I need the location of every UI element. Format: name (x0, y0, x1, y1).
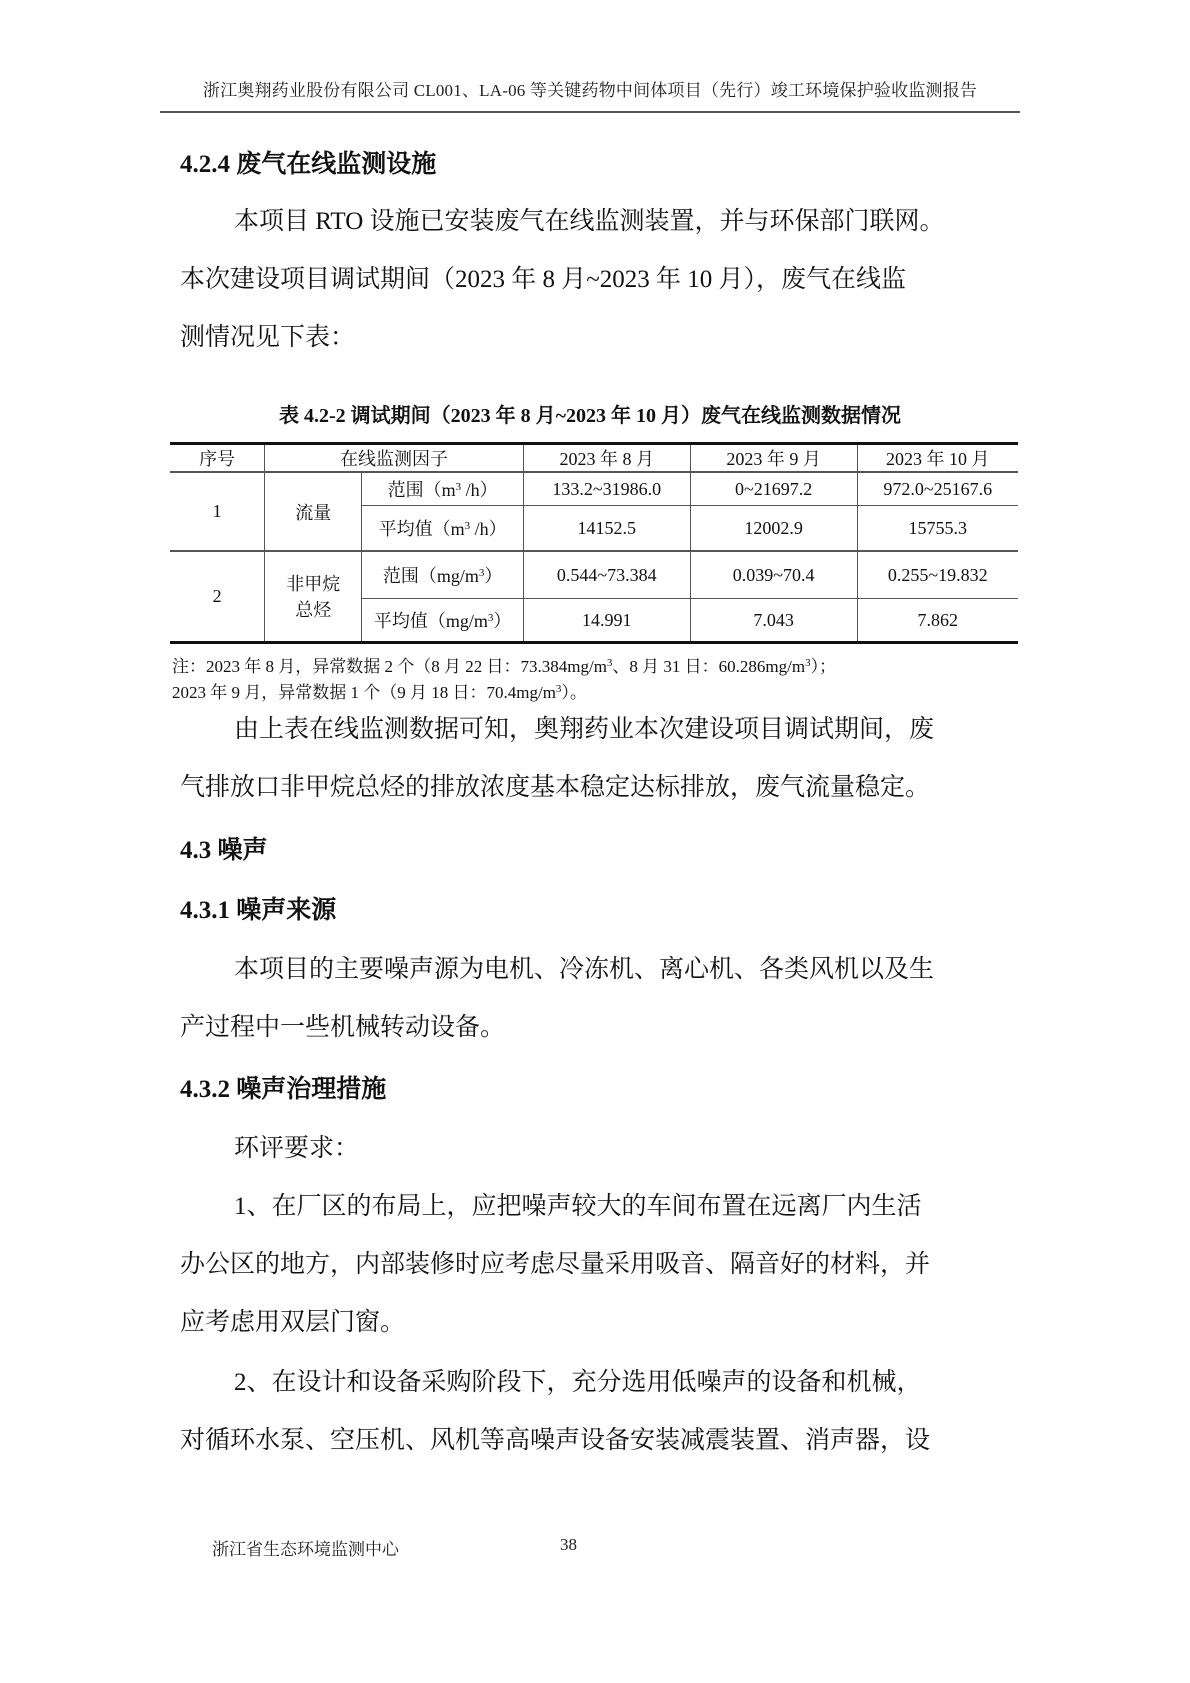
value-cell: 7.862 (857, 599, 1018, 643)
page-number: 38 (560, 1535, 577, 1555)
table-caption: 表 4.2-2 调试期间（2023 年 8 月~2023 年 10 月）废气在线… (160, 403, 1020, 429)
header-cell: 2023 年 10 月 (857, 444, 1018, 473)
paragraph-line: 环评要求： (180, 1134, 1010, 1164)
header-cell: 在线监测因子 (265, 444, 524, 473)
factor-cell: 非甲烷总烃 (265, 551, 362, 643)
header-divider (160, 111, 1020, 113)
paragraph-line: 1、在厂区的布局上，应把噪声较大的车间布置在远离厂内生活 (180, 1192, 1010, 1222)
row-index: 2 (170, 551, 265, 643)
metric-label: 范围（mg/m3） (362, 551, 523, 599)
section-heading-4-3-2: 4.3.2 噪声治理措施 (180, 1075, 386, 1105)
value-cell: 7.043 (690, 599, 857, 643)
table-note-line: 2023 年 9 月，异常数据 1 个（9 月 18 日：70.4mg/m3）。 (172, 681, 1012, 705)
value-cell: 0.255~19.832 (857, 551, 1018, 599)
paragraph-line: 应考虑用双层门窗。 (180, 1308, 1010, 1338)
paragraph-line: 对循环水泵、空压机、风机等高噪声设备安装减震装置、消声器，设 (180, 1426, 1010, 1456)
paragraph-line: 气排放口非甲烷总烃的排放浓度基本稳定达标排放，废气流量稳定。 (180, 773, 1010, 803)
metric-label: 范围（m3 /h） (362, 472, 523, 506)
value-cell: 0.039~70.4 (690, 551, 857, 599)
value-cell: 15755.3 (857, 506, 1018, 552)
paragraph-line: 本项目的主要噪声源为电机、冷冻机、离心机、各类风机以及生 (180, 955, 1010, 985)
value-cell: 0.544~73.384 (523, 551, 690, 599)
value-cell: 14.991 (523, 599, 690, 643)
header-cell: 2023 年 8 月 (523, 444, 690, 473)
value-cell: 0~21697.2 (690, 472, 857, 506)
header-cell: 2023 年 9 月 (690, 444, 857, 473)
value-cell: 133.2~31986.0 (523, 472, 690, 506)
table-row: 1 流量 范围（m3 /h） 133.2~31986.0 0~21697.2 9… (170, 472, 1018, 506)
factor-cell: 流量 (265, 472, 362, 551)
row-index: 1 (170, 472, 265, 551)
value-cell: 14152.5 (523, 506, 690, 552)
section-heading-4-3: 4.3 噪声 (180, 836, 268, 866)
metric-label: 平均值（m3 /h） (362, 506, 523, 552)
section-heading-4-3-1: 4.3.1 噪声来源 (180, 896, 336, 926)
metric-label: 平均值（mg/m3） (362, 599, 523, 643)
table-note-line: 注：2023 年 8 月，异常数据 2 个（8 月 22 日：73.384mg/… (172, 655, 1012, 679)
paragraph-line: 本项目 RTO 设施已安装废气在线监测装置，并与环保部门联网。 (180, 207, 1010, 237)
value-cell: 12002.9 (690, 506, 857, 552)
header-cell: 序号 (170, 444, 265, 473)
monitoring-data-table: 序号 在线监测因子 2023 年 8 月 2023 年 9 月 2023 年 1… (170, 442, 1018, 644)
paragraph-line: 由上表在线监测数据可知，奥翔药业本次建设项目调试期间，废 (180, 715, 1010, 745)
footer-organization: 浙江省生态环境监测中心 (212, 1535, 399, 1560)
running-header: 浙江奥翔药业股份有限公司 CL001、LA-06 等关键药物中间体项目（先行）竣… (160, 80, 1020, 102)
paragraph-line: 产过程中一些机械转动设备。 (180, 1013, 1010, 1043)
paragraph-line: 测情况见下表： (180, 323, 1010, 353)
table-header-row: 序号 在线监测因子 2023 年 8 月 2023 年 9 月 2023 年 1… (170, 444, 1018, 473)
value-cell: 972.0~25167.6 (857, 472, 1018, 506)
paragraph-line: 办公区的地方，内部装修时应考虑尽量采用吸音、隔音好的材料，并 (180, 1250, 1010, 1280)
section-heading-4-2-4: 4.2.4 废气在线监测设施 (180, 150, 436, 180)
paragraph-line: 本次建设项目调试期间（2023 年 8 月~2023 年 10 月），废气在线监 (180, 265, 1010, 295)
paragraph-line: 2、在设计和设备采购阶段下，充分选用低噪声的设备和机械， (180, 1368, 1010, 1398)
table-row: 2 非甲烷总烃 范围（mg/m3） 0.544~73.384 0.039~70.… (170, 551, 1018, 599)
